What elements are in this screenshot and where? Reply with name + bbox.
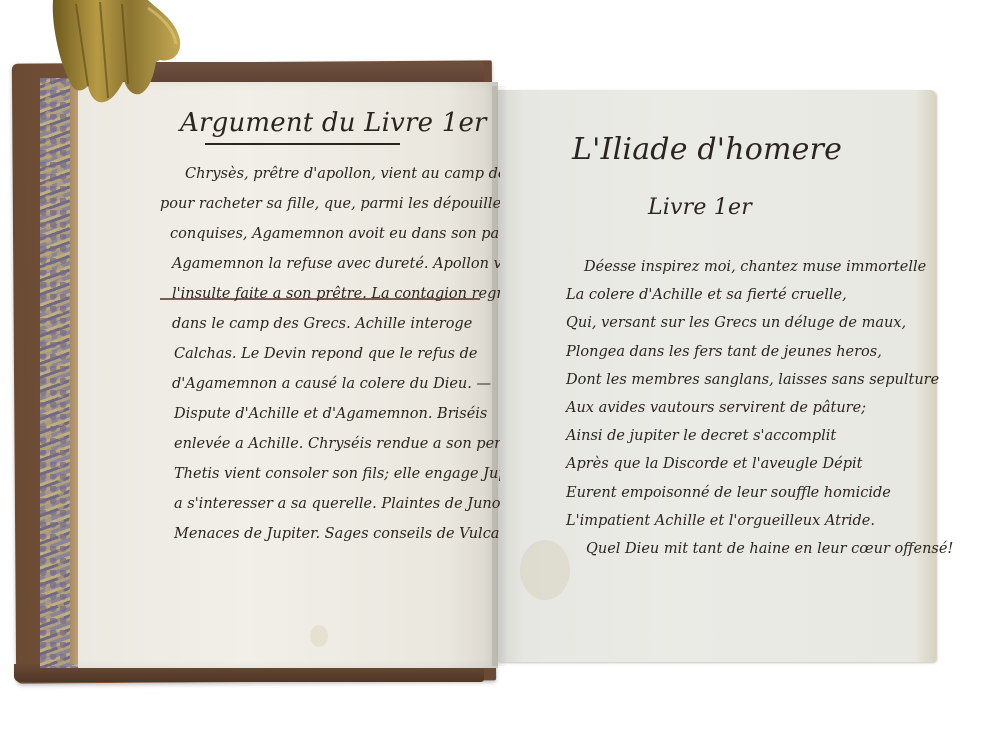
argument-line: pour racheter sa fille, que, parmi les d… [160, 196, 500, 212]
argument-line: enlevée a Achille. Chryséis rendue a son… [174, 436, 500, 452]
argument-line: Agamemnon la refuse avec dureté. Apollon… [172, 256, 500, 272]
poem-text: Déesse inspirez moi, chantez muse immort… [566, 255, 926, 565]
argument-line: Thetis vient consoler son fils; elle eng… [174, 466, 500, 482]
verse-line: L'impatient Achille et l'orgueilleux Atr… [566, 513, 875, 529]
brass-hand-bookstop-icon [48, 0, 183, 104]
verse-line: Ainsi de jupiter le decret s'accomplit [566, 428, 836, 444]
argument-line: Menaces de Jupiter. Sages conseils de Vu… [174, 526, 500, 542]
argument-line: Chrysès, prêtre d'apollon, vient au camp… [185, 166, 500, 182]
argument-line: Calchas. Le Devin repond que le refus de [174, 346, 477, 362]
paper-stain [310, 625, 328, 647]
verse-line: Déesse inspirez moi, chantez muse immort… [584, 259, 926, 275]
paper-stain [520, 540, 570, 600]
book-number: Livre 1er [648, 195, 752, 220]
argument-text: Chrysès, prêtre d'apollon, vient au camp… [160, 160, 500, 550]
verse-line: Après que la Discorde et l'aveugle Dépit [566, 456, 862, 472]
argument-line: conquises, Agamemnon avoit eu dans son p… [170, 226, 500, 242]
heading-underline [205, 143, 400, 145]
verse-line: Dont les membres sanglans, laisses sans … [566, 372, 939, 388]
cover-top-edge [134, 62, 484, 84]
verse-line: Quel Dieu mit tant de haine en leur cœur… [586, 541, 953, 557]
verse-line: Plongea dans les fers tant de jeunes her… [566, 344, 882, 360]
argument-line: dans le camp des Grecs. Achille interoge [172, 316, 472, 332]
verse-line: La colere d'Achille et sa fierté cruelle… [566, 287, 847, 303]
manuscript-photo: Argument du Livre 1er Chrysès, prêtre d'… [0, 0, 1000, 750]
argument-heading: Argument du Livre 1er [180, 108, 487, 138]
verse-line: Aux avides vautours servirent de pâture; [566, 400, 866, 416]
argument-line: l'insulte faite a son prêtre. La contagi… [172, 286, 500, 302]
verse-line: Qui, versant sur les Grecs un déluge de … [566, 315, 906, 331]
verse-line: Eurent empoisonné de leur souffle homici… [566, 485, 891, 501]
iliad-title: L'Iliade d'homere [572, 132, 842, 167]
argument-line: d'Agamemnon a causé la colere du Dieu. — [172, 376, 491, 392]
argument-line: Dispute d'Achille et d'Agamemnon. Briséi… [174, 406, 487, 422]
argument-line: a s'interesser a sa querelle. Plaintes d… [174, 496, 500, 512]
